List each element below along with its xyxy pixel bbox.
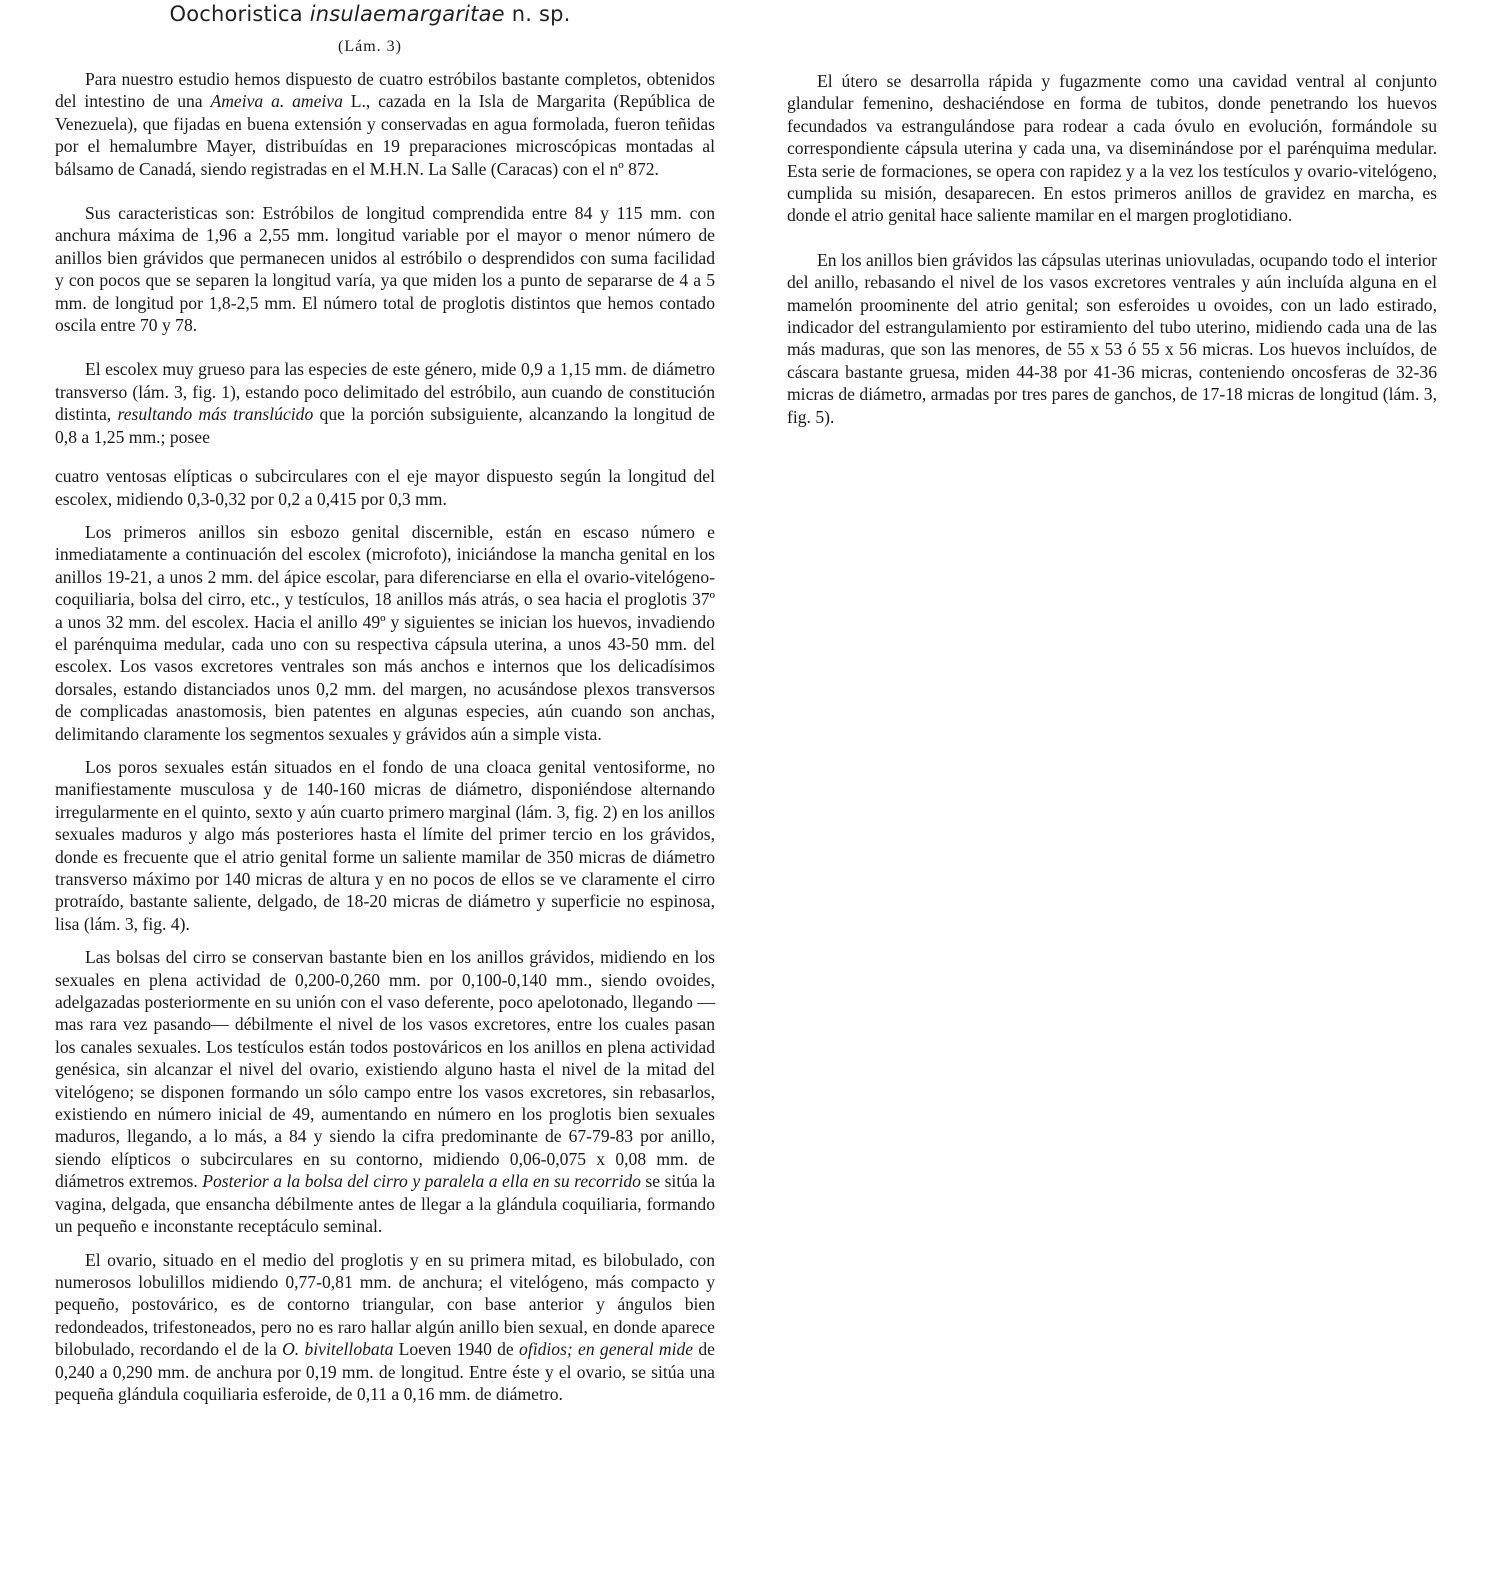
paragraph-gravid-segments: En los anillos bien grávidos las cápsula… bbox=[787, 249, 1437, 428]
paragraph-characteristics: Sus caracteristicas son: Estróbilos de l… bbox=[55, 202, 715, 336]
title-suffix: n. sp. bbox=[512, 2, 571, 26]
paragraph-material: Para nuestro estudio hemos dispuesto de … bbox=[55, 68, 715, 180]
paragraph-suckers: cuatro ventosas elípticas o subcirculare… bbox=[55, 465, 715, 510]
paragraph-scolex: El escolex muy grueso para las especies … bbox=[55, 358, 715, 448]
paragraph-first-segments: Los primeros anillos sin esbozo genital … bbox=[55, 521, 715, 745]
left-column: Para nuestro estudio hemos dispuesto de … bbox=[55, 68, 715, 1416]
paragraph-uterus: El útero se desarrolla rápida y fugazmen… bbox=[787, 70, 1437, 227]
plate-reference: (Lám. 3) bbox=[0, 38, 740, 56]
title-species: insulaemargaritae bbox=[310, 2, 505, 26]
species-title: Oochoristica insulaemargaritae n. sp. bbox=[0, 2, 740, 26]
title-genus: Oochoristica bbox=[169, 2, 302, 26]
right-column: El útero se desarrolla rápida y fugazmen… bbox=[787, 70, 1437, 439]
species-reference: O. bivitellobata bbox=[282, 1339, 393, 1359]
paragraph-cirrus-pouches: Las bolsas del cirro se conservan bastan… bbox=[55, 946, 715, 1237]
paragraph-sexual-pores: Los poros sexuales están situados en el … bbox=[55, 756, 715, 935]
paragraph-ovary: El ovario, situado en el medio del progl… bbox=[55, 1249, 715, 1406]
host-species-name: Ameiva a. ameiva bbox=[210, 91, 342, 111]
